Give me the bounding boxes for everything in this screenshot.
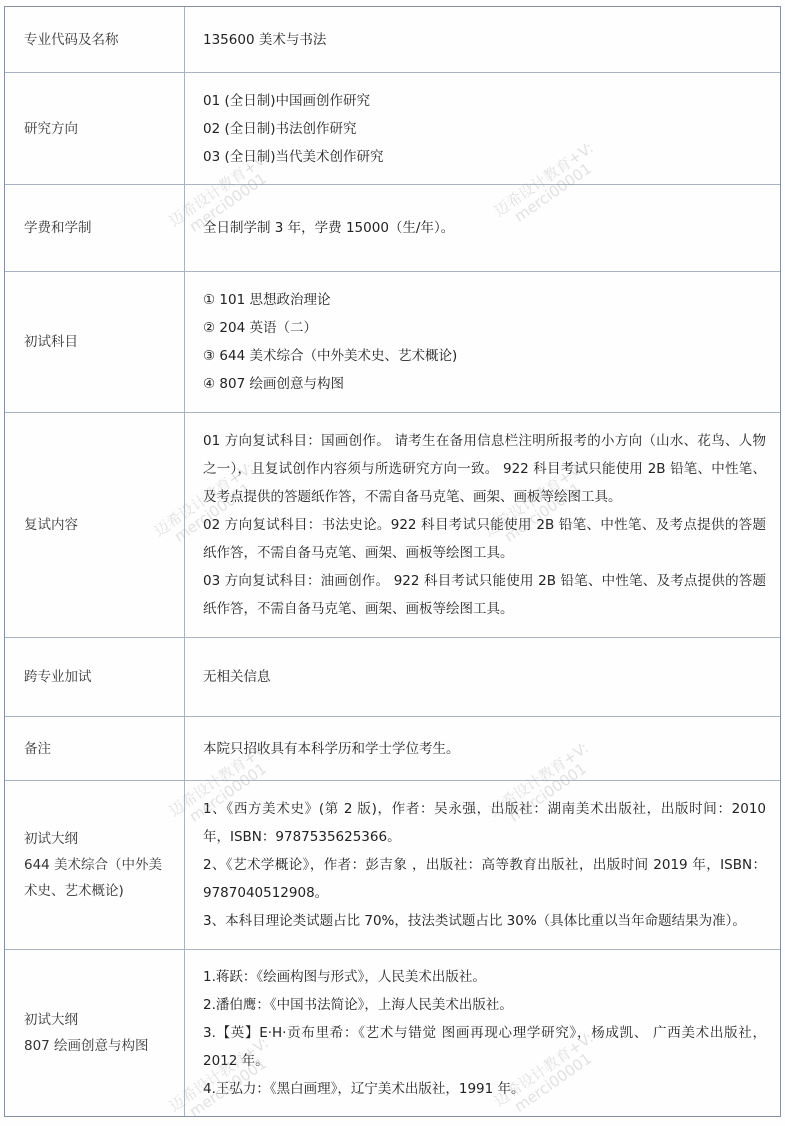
table-row-major-code: 专业代码及名称 135600 美术与书法 [5, 7, 780, 72]
row-value: 本院只招收具有本科学历和学士学位考生。 [185, 717, 780, 780]
table-row-research-direction: 研究方向 01 (全日制)中国画创作研究 02 (全日制)书法创作研究 03 (… [5, 72, 780, 184]
row-label: 初试科目 [5, 272, 185, 412]
row-label: 备注 [5, 717, 185, 780]
row-label: 研究方向 [5, 73, 185, 184]
row-value: 无相关信息 [185, 638, 780, 716]
row-value: 全日制学制 3 年，学费 15000（生/年）。 [185, 185, 780, 271]
table-row-retest-content: 复试内容 01 方向复试科目：国画创作。 请考生在备用信息栏注明所报考的小方向（… [5, 412, 780, 637]
table-row-tuition: 学费和学制 全日制学制 3 年，学费 15000（生/年）。 [5, 184, 780, 271]
row-label: 初试大纲 644 美术综合（中外美术史、艺术概论) [5, 781, 185, 949]
row-label: 跨专业加试 [5, 638, 185, 716]
row-value: 01 (全日制)中国画创作研究 02 (全日制)书法创作研究 03 (全日制)当… [185, 73, 780, 184]
row-value: 135600 美术与书法 [185, 7, 780, 72]
table-row-cross-major: 跨专业加试 无相关信息 [5, 637, 780, 716]
row-label: 初试大纲 807 绘画创意与构图 [5, 950, 185, 1116]
row-label: 学费和学制 [5, 185, 185, 271]
table-row-syllabus-807: 初试大纲 807 绘画创意与构图 1.蒋跃：《绘画构图与形式》，人民美术出版社。… [5, 949, 780, 1116]
row-value: 01 方向复试科目：国画创作。 请考生在备用信息栏注明所报考的小方向（山水、花鸟… [185, 413, 780, 637]
table-row-notes: 备注 本院只招收具有本科学历和学士学位考生。 [5, 716, 780, 780]
row-label: 专业代码及名称 [5, 7, 185, 72]
row-value: 1、《西方美术史》(第 2 版)，作者：吴永强，出版社：湖南美术出版社，出版时间… [185, 781, 780, 949]
row-value: 1.蒋跃：《绘画构图与形式》，人民美术出版社。 2.潘伯鹰：《中国书法简论》，上… [185, 950, 780, 1116]
table-row-syllabus-644: 初试大纲 644 美术综合（中外美术史、艺术概论) 1、《西方美术史》(第 2 … [5, 780, 780, 949]
row-label: 复试内容 [5, 413, 185, 637]
table-row-initial-subjects: 初试科目 ① 101 思想政治理论 ② 204 英语（二） ③ 644 美术综合… [5, 271, 780, 412]
program-info-table: 专业代码及名称 135600 美术与书法 研究方向 01 (全日制)中国画创作研… [4, 6, 781, 1117]
row-value: ① 101 思想政治理论 ② 204 英语（二） ③ 644 美术综合（中外美术… [185, 272, 780, 412]
